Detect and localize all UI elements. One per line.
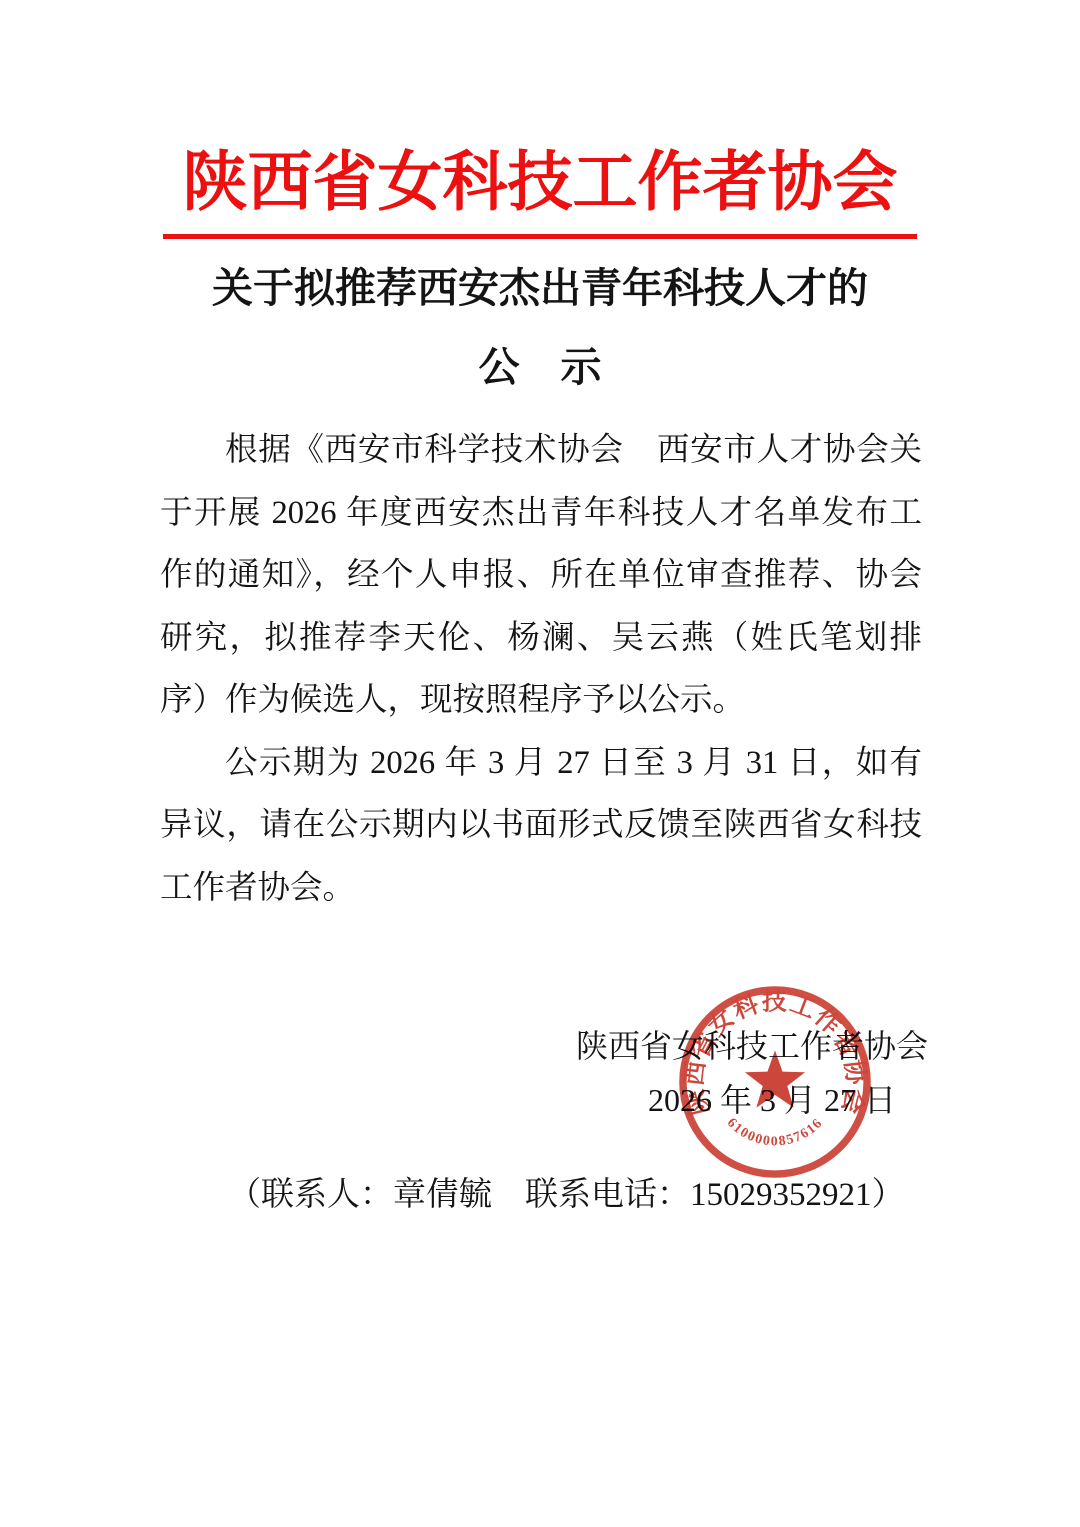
contact-line: （联系人：章倩毓 联系电话：15029352921） <box>228 1174 905 1216</box>
paragraph-recommendation-basis: 根据《西安市科学技术协会 西安市人才协会关于开展 2026 年度西安杰出青年科技… <box>160 419 922 732</box>
body-text: 根据《西安市科学技术协会 西安市人才协会关于开展 2026 年度西安杰出青年科技… <box>160 419 922 919</box>
document-page: 陕西省女科技工作者协会 关于拟推荐西安杰出青年科技人才的 公 示 根据《西安市科… <box>0 0 1080 1527</box>
seal-star-icon <box>745 1050 805 1107</box>
paragraph-publicity-period: 公示期为 2026 年 3 月 27 日至 3 月 31 日，如有异议，请在公示… <box>160 732 922 920</box>
official-seal-stamp: 陕西省女科技工作者协会 6100000857616 <box>676 983 874 1181</box>
letterhead-org-name: 陕西省女科技工作者协会 <box>163 146 917 239</box>
doc-title-line1: 关于拟推荐西安杰出青年科技人才的 <box>0 262 1080 314</box>
doc-title-line2: 公 示 <box>0 341 1080 393</box>
seal-code-text: 6100000857616 <box>724 1115 825 1149</box>
